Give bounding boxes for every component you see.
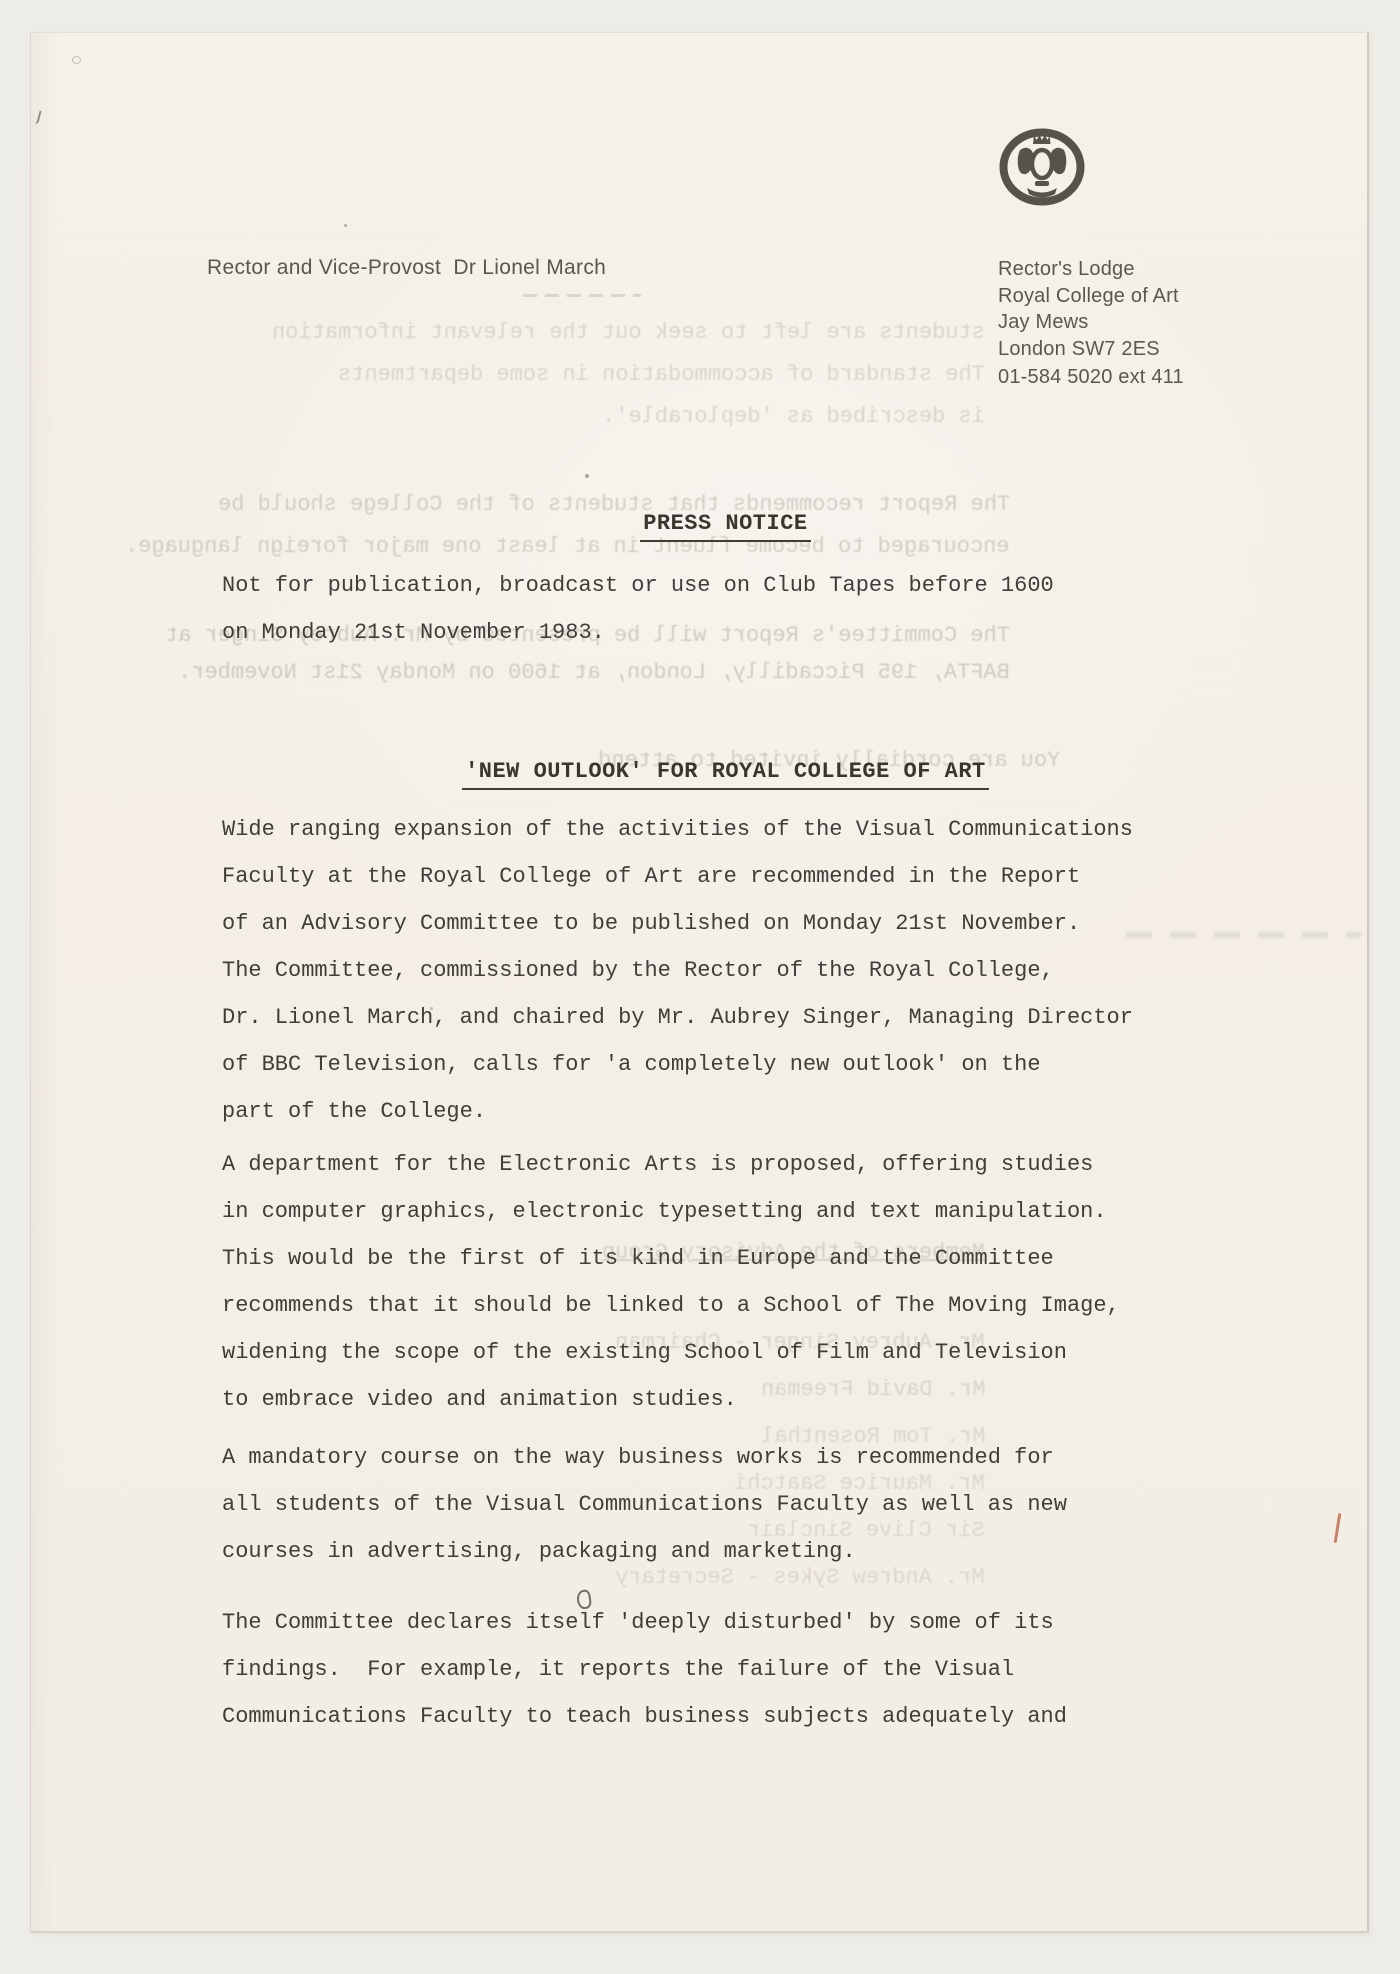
body-paragraph-3: A mandatory course on the way business w… — [222, 1434, 1067, 1575]
royal-coat-of-arms-icon — [999, 124, 1085, 208]
body-paragraph-4: The Committee declares itself 'deeply di… — [222, 1599, 1067, 1740]
letterhead-phone: 01-584 5020 ext 411 — [998, 366, 1184, 389]
erased-underline-smudge — [523, 294, 641, 297]
scanned-press-notice-page: students are left to seek out the releva… — [0, 0, 1400, 1974]
paper-speck — [72, 56, 81, 64]
paper-speck — [344, 224, 347, 227]
body-paragraph-2: A department for the Electronic Arts is … — [222, 1141, 1120, 1423]
bleed-through-line: is described as 'deplorable'. — [602, 404, 985, 429]
faint-smudge — [1126, 932, 1361, 938]
letterhead-address: Rector's Lodge Royal College of Art Jay … — [998, 256, 1179, 362]
headline-text: 'NEW OUTLOOK' FOR ROYAL COLLEGE OF ART — [462, 759, 989, 790]
paper-speck — [585, 474, 589, 478]
bleed-through-line: The standard of accommodation in some de… — [338, 362, 985, 387]
letterhead-officer-line: Rector and Vice-Provost Dr Lionel March — [207, 256, 606, 280]
paper-speck — [430, 1007, 433, 1010]
body-paragraph-1: Wide ranging expansion of the activities… — [222, 806, 1133, 1135]
headline: 'NEW OUTLOOK' FOR ROYAL COLLEGE OF ART — [30, 734, 1366, 815]
press-notice-kicker-text: PRESS NOTICE — [640, 511, 810, 542]
embargo-paragraph: Not for publication, broadcast or use on… — [222, 562, 1054, 656]
bleed-through-line: students are left to seek out the releva… — [272, 320, 985, 345]
bleed-through-line: BAFTA, 195 Piccadilly, London, at 1600 o… — [178, 660, 1010, 685]
press-notice-kicker: PRESS NOTICE — [30, 486, 1366, 567]
